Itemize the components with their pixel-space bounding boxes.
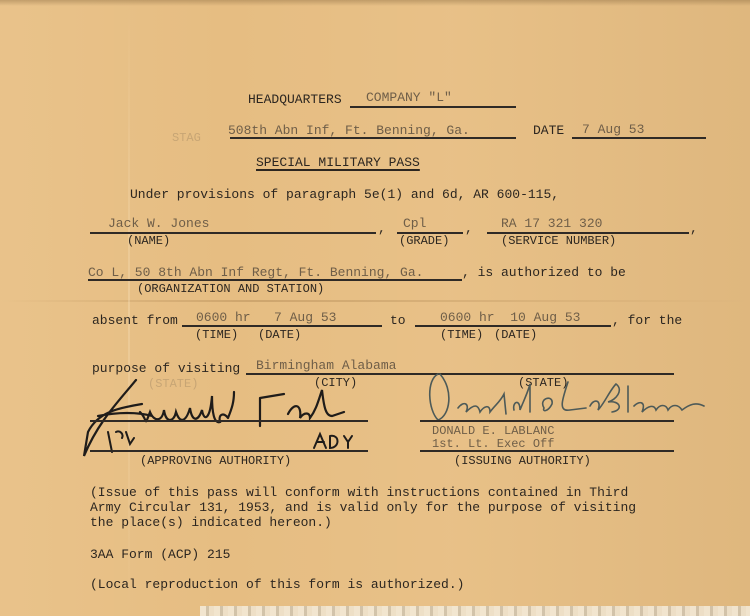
fold-crease <box>0 300 750 302</box>
issuing-authority-label: (ISSUING AUTHORITY) <box>454 454 591 468</box>
torn-bottom-edge <box>200 606 750 616</box>
approving-authority-line <box>90 450 368 452</box>
headquarters-underline <box>350 106 516 108</box>
headquarters-label: HEADQUARTERS <box>248 93 342 107</box>
document-paper: HEADQUARTERS COMPANY "L" STAG 508th Abn … <box>0 0 750 616</box>
from-value: 0600 hr 7 Aug 53 <box>196 311 336 325</box>
organization-value: Co L, 50 8th Abn Inf Regt, Ft. Benning, … <box>88 266 423 280</box>
to-date-label: (DATE) <box>494 328 537 342</box>
instructions-line-1: (Issue of this pass will conform with in… <box>90 486 628 500</box>
unit-value: 508th Abn Inf, Ft. Benning, Ga. <box>228 124 470 138</box>
date-underline <box>572 137 706 139</box>
headquarters-value: COMPANY "L" <box>366 91 452 105</box>
to-text: to <box>390 314 406 328</box>
issuing-signature-line <box>420 420 674 422</box>
faint-stag-text: STAG <box>172 131 201 145</box>
instructions-line-3: the place(s) indicated hereon.) <box>90 516 332 530</box>
comma: , <box>378 222 386 236</box>
from-time-label: (TIME) <box>195 328 238 342</box>
from-date-label: (DATE) <box>258 328 301 342</box>
name-label: (NAME) <box>127 234 170 248</box>
service-number-value: RA 17 321 320 <box>501 217 602 231</box>
comma: , <box>465 222 473 236</box>
name-value: Jack W. Jones <box>108 217 209 231</box>
grade-value: Cpl <box>403 217 426 231</box>
organization-label: (ORGANIZATION AND STATION) <box>137 282 324 296</box>
provision-text: Under provisions of paragraph 5e(1) and … <box>130 188 559 202</box>
issuing-typed-name: DONALD E. LABLANC <box>432 424 554 438</box>
issuing-authority-line <box>420 450 674 452</box>
authorized-text: , is authorized to be <box>462 266 626 280</box>
date-value: 7 Aug 53 <box>582 123 644 137</box>
to-time-label: (TIME) <box>440 328 483 342</box>
organization-underline <box>88 279 462 281</box>
to-value: 0600 hr 10 Aug 53 <box>440 311 580 325</box>
instructions-line-2: Army Circular 131, 1953, and is valid on… <box>90 501 636 515</box>
comma: , <box>690 222 698 236</box>
for-the-text: , for the <box>612 314 682 328</box>
form-number: 3AA Form (ACP) 215 <box>90 548 230 562</box>
city-value: Birmingham Alabama <box>256 359 396 373</box>
page-title: SPECIAL MILITARY PASS <box>256 156 420 170</box>
approving-signature-line <box>90 420 368 422</box>
issuing-typed-title: 1st. Lt. Exec Off <box>432 437 554 451</box>
from-underline <box>182 325 382 327</box>
grade-label: (GRADE) <box>399 234 449 248</box>
service-number-label: (SERVICE NUMBER) <box>501 234 616 248</box>
to-underline <box>415 325 611 327</box>
reproduction-note: (Local reproduction of this form is auth… <box>90 578 464 592</box>
absent-from-text: absent from <box>92 314 178 328</box>
unit-underline <box>230 137 516 139</box>
approving-authority-label: (APPROVING AUTHORITY) <box>140 454 291 468</box>
date-label: DATE <box>533 124 564 138</box>
